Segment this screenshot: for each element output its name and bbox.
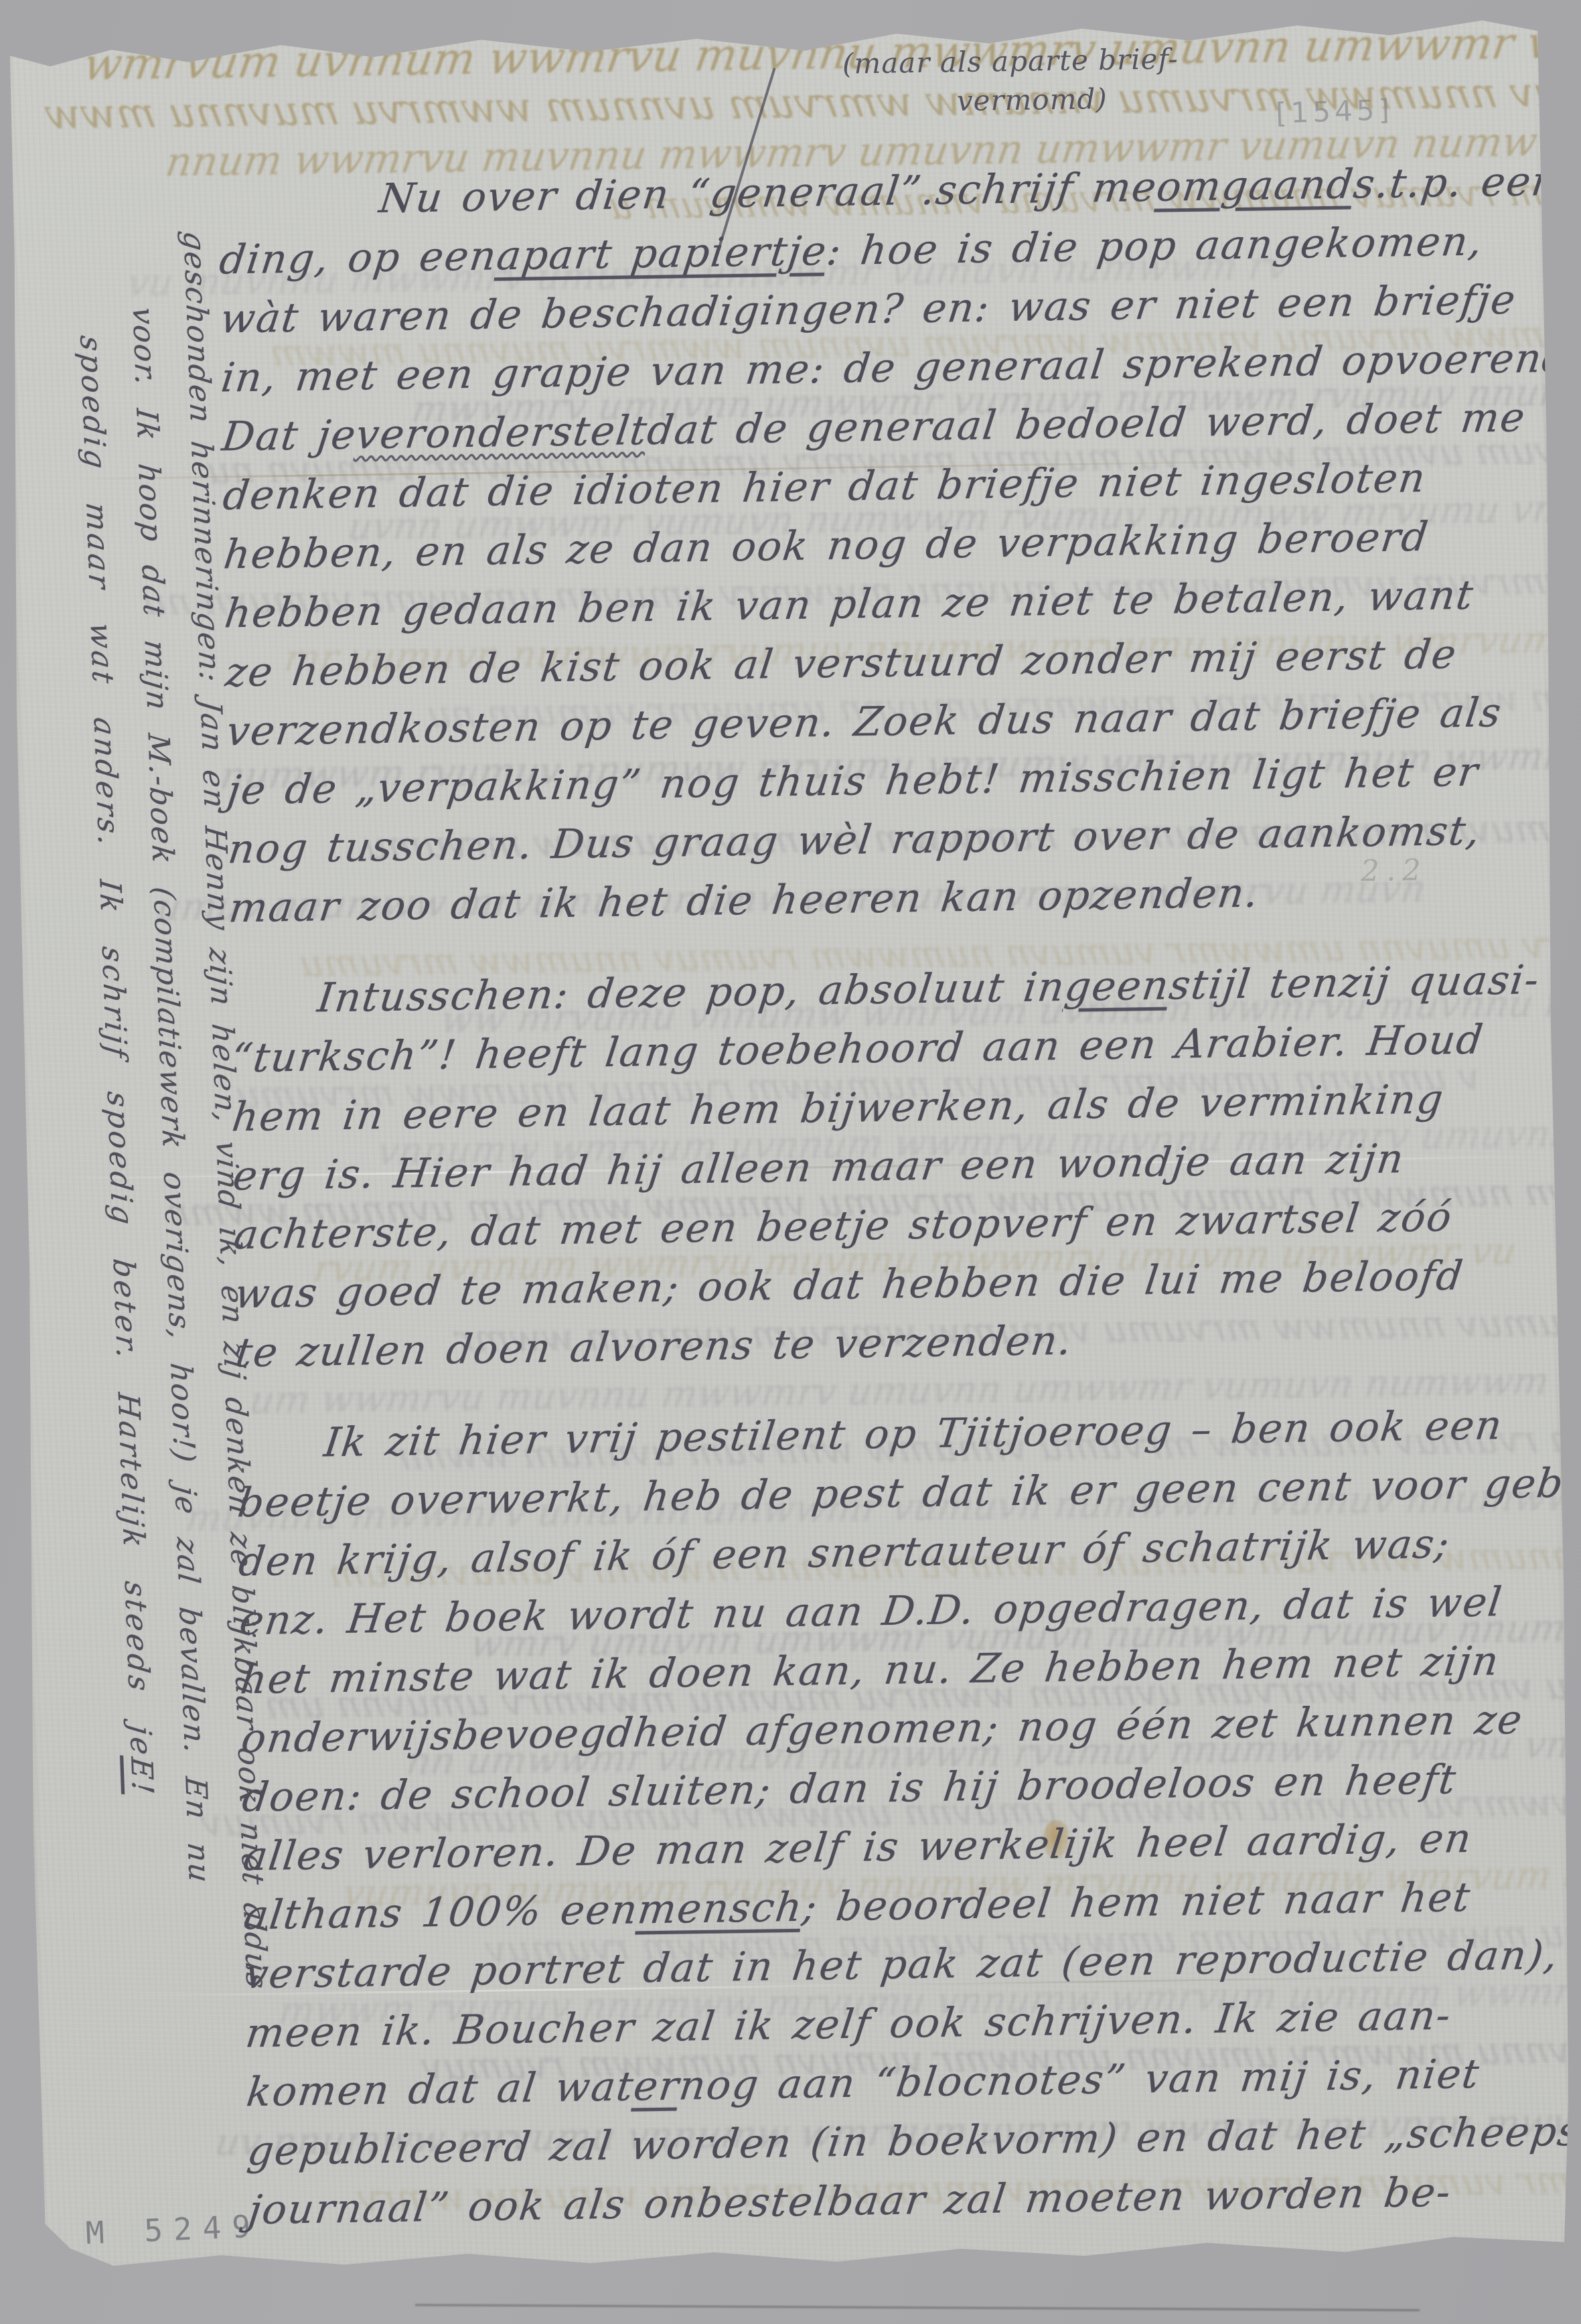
underlined-word: apart papiertje	[494, 222, 831, 285]
letter-paper: wmrvum uvnnum wwmrvu muvnnu mwwmrv umuvn…	[3, 13, 1576, 2280]
letter-text: Intusschen: deze pop, absoluut in	[314, 958, 1069, 1028]
underlined-word: geen	[1061, 956, 1173, 1016]
letter-text: te zullen doen alvorens te verzenden.	[232, 1311, 1076, 1383]
pencil-number: [1545]	[1275, 93, 1394, 130]
letter-text: Dat je	[219, 405, 360, 466]
letter-text: Nu over dien “generaal”.	[376, 161, 939, 229]
letter-paragraph: Ik zit hier vrij pestilent op Tjitjoeroe…	[237, 1395, 1577, 2240]
scan-mat: { "scan": { "mat_color": "#a8a8aa", "pap…	[0, 0, 1581, 2324]
insertion-note-line1: (maar als aparte brief-	[842, 40, 1179, 83]
letter-text: : hoe is die pop aangekomen,	[824, 212, 1487, 281]
ghost-writing-bleedthrough: wmrvum uvnnum wwmrvu muvnnu mwwmrv umuvn…	[3, 13, 1544, 35]
underlined-word: omgaand	[1154, 155, 1358, 217]
ghost-writing: wmrvum uvnnum wwmrvu muvnnu mwwmrv umuvn…	[80, 13, 1576, 90]
underlined-word: E!	[114, 1755, 169, 1799]
letter-text: komen dat al wat	[243, 2057, 637, 2122]
letter-text: ; beoordeel hem niet naar het	[800, 1868, 1475, 1937]
underlined-word: er	[631, 2057, 684, 2116]
insertion-note: (maar als aparte brief- vermomd)	[842, 40, 1179, 122]
letter-paragraph: Nu over dien “generaal”. schrijf me omga…	[218, 152, 1569, 938]
letter-text: stijl tenzij quasi-	[1166, 950, 1544, 1015]
letter-text: ding, op een	[216, 226, 501, 289]
underlined-word: veronderstelt	[353, 401, 652, 465]
scanner-artifact	[415, 2304, 1420, 2311]
letter-paragraph: Intusschen: deze pop, absoluut in geen s…	[230, 950, 1576, 1383]
letter-text: althans 100% een	[240, 1880, 642, 1945]
underlined-word: mensch	[635, 1878, 807, 1940]
letter-body: Nu over dien “generaal”. schrijf me omga…	[218, 152, 1576, 2240]
letter-text: schrijf me	[933, 158, 1161, 220]
insertion-note-line2: vermomd)	[842, 78, 1179, 122]
letter-text: s.t.p. een	[1351, 152, 1563, 214]
